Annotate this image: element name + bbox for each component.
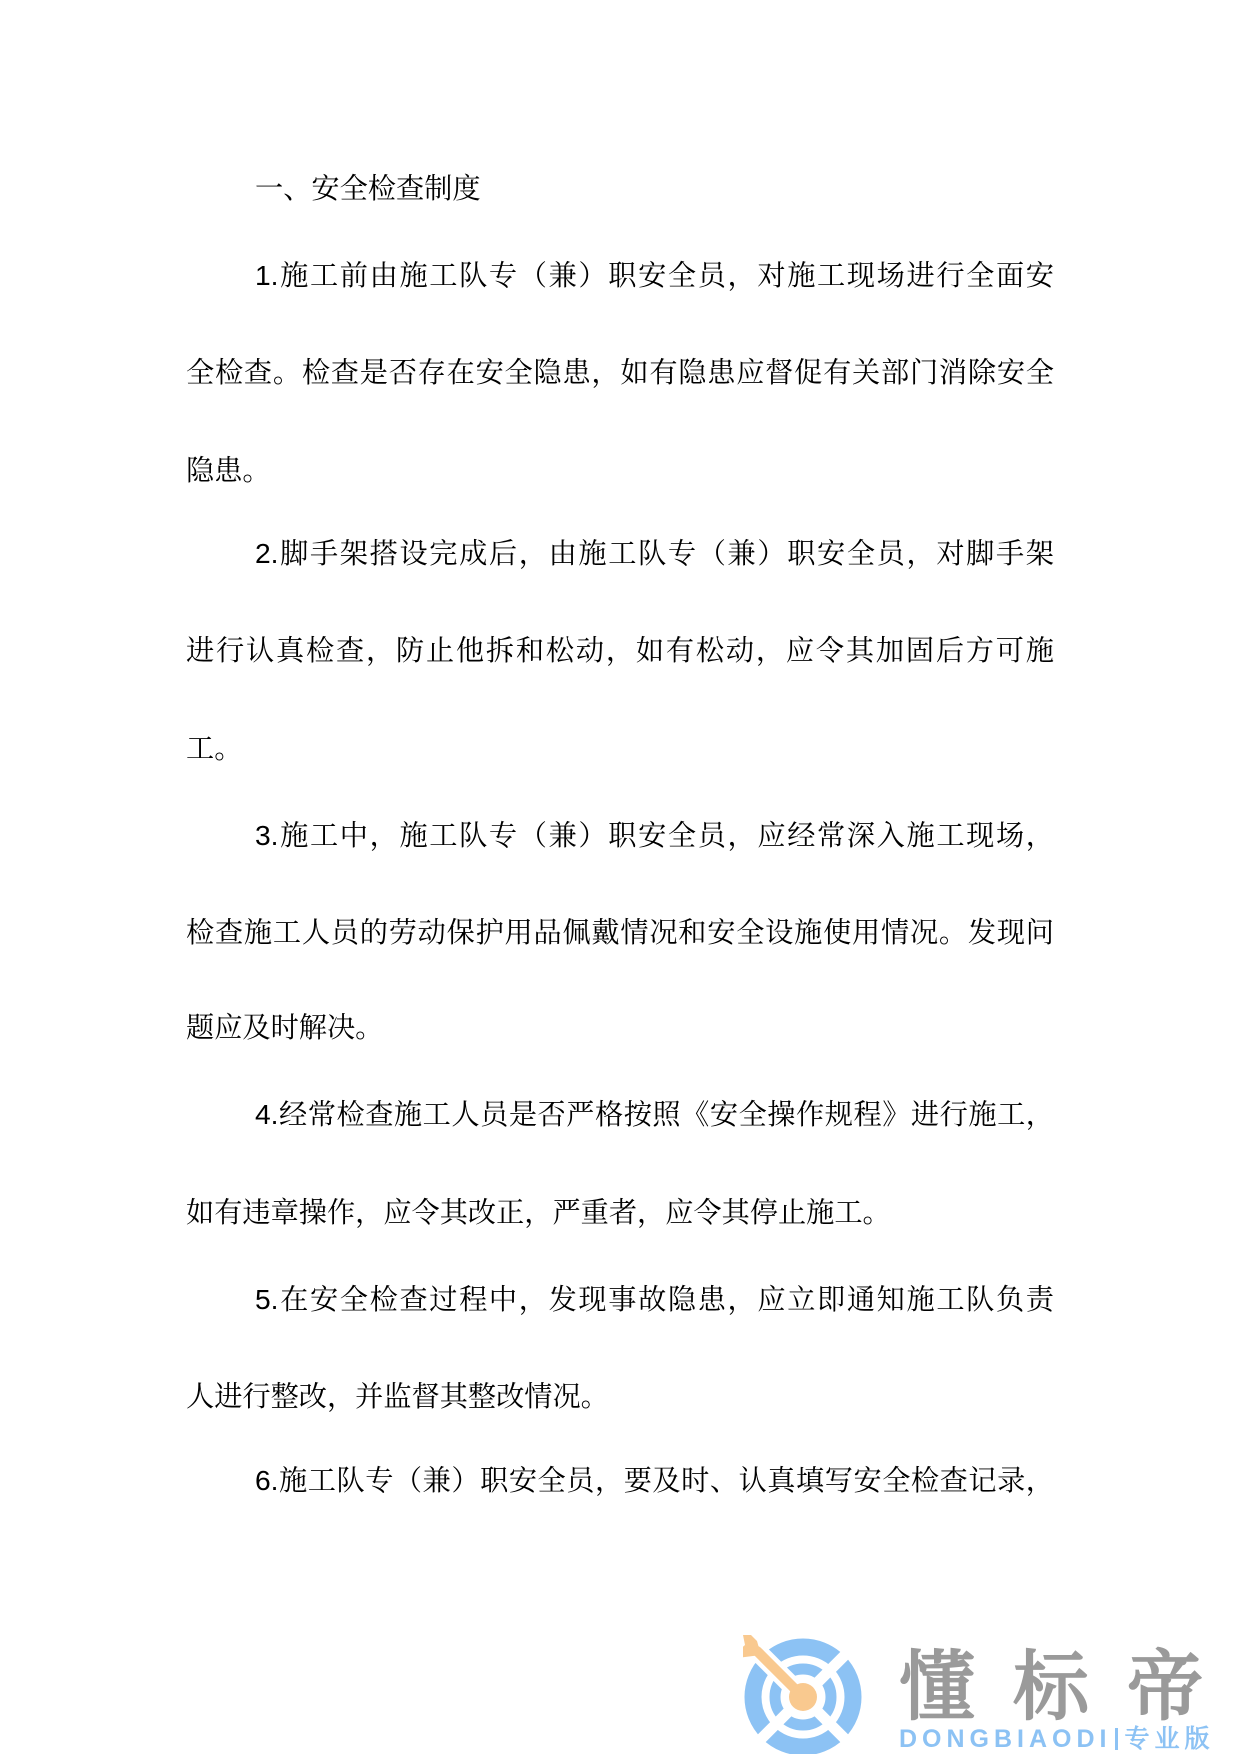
- text-line: 5.在安全检查过程中，发现事故隐患，应立即通知施工队负责: [255, 1282, 1054, 1316]
- brand-name: 懂标帝: [899, 1650, 1241, 1726]
- brand-edition: 专业版: [1125, 1725, 1215, 1753]
- text-line: 如有违章操作，应令其改正，严重者，应令其停止施工。: [186, 1195, 1054, 1229]
- brand-subline: DONGBIAODI专业版: [899, 1726, 1215, 1752]
- text-line: 3.施工中，施工队专（兼）职安全员，应经常深入施工现场，: [255, 818, 1054, 852]
- brand-latin: DONGBIAODI: [899, 1725, 1112, 1753]
- text-line: 工。: [186, 731, 1054, 765]
- text-line: 隐患。: [186, 453, 1054, 487]
- section-heading: 一、安全检查制度: [255, 171, 1054, 205]
- text-line: 检查施工人员的劳动保护用品佩戴情况和安全设施使用情况。发现问: [186, 915, 1054, 949]
- brand-divider: [1115, 1728, 1118, 1750]
- text-line: 6.施工队专（兼）职安全员，要及时、认真填写安全检查记录，: [255, 1463, 1054, 1497]
- text-line: 全检查。检查是否存在安全隐患，如有隐患应督促有关部门消除安全: [186, 355, 1054, 389]
- text-line: 2.脚手架搭设完成后，由施工队专（兼）职安全员，对脚手架: [255, 536, 1054, 570]
- document-page: 一、安全检查制度 1.施工前由施工队专（兼）职安全员，对施工现场进行全面安 全检…: [0, 0, 1241, 1754]
- text-line: 4.经常检查施工人员是否严格按照《安全操作规程》进行施工，: [255, 1097, 1054, 1131]
- dongbiaodi-logo-icon: [743, 1635, 863, 1754]
- text-line: 人进行整改，并监督其整改情况。: [186, 1379, 1054, 1413]
- text-line: 1.施工前由施工队专（兼）职安全员，对施工现场进行全面安: [255, 258, 1054, 292]
- text-line: 进行认真检查，防止他拆和松动，如有松动，应令其加固后方可施: [186, 633, 1054, 667]
- text-line: 题应及时解决。: [186, 1010, 1054, 1044]
